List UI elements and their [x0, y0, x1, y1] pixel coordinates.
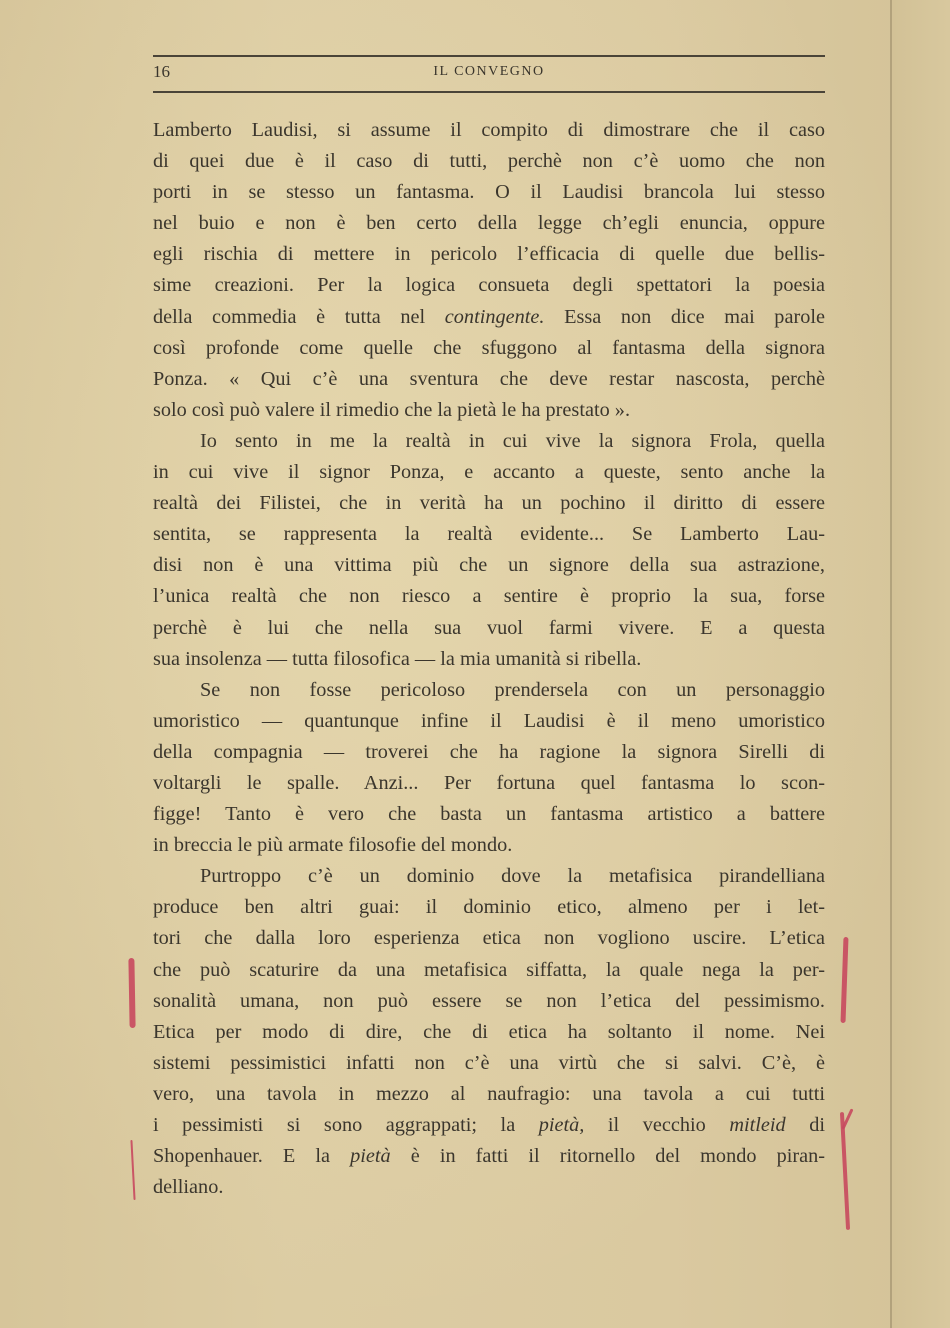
- text-line: della commedia è tutta nel contingente. …: [153, 302, 825, 333]
- text-line: vero, una tavola in mezzo al naufragio: …: [153, 1079, 825, 1110]
- journal-title: IL CONVEGNO: [153, 64, 825, 80]
- header-rule-bottom: [153, 91, 825, 93]
- italic-word: contingente.: [445, 306, 545, 328]
- text-line: Shopenhauer. E la pietà è in fatti il ri…: [153, 1141, 825, 1172]
- text-span: della commedia è tutta nel: [153, 306, 445, 328]
- text-span: Shopenhauer. E la: [153, 1145, 350, 1167]
- text-line: sua insolenza — tutta filosofica — la mi…: [153, 644, 825, 675]
- text-line: solo così può valere il rimedio che la p…: [153, 395, 825, 426]
- text-span: il vecchio: [584, 1114, 729, 1136]
- text-line: figge! Tanto è vero che basta un fantasm…: [153, 799, 825, 830]
- text-line: delliano.: [153, 1172, 825, 1203]
- text-span: è in fatti il ritornello del mondo piran…: [391, 1145, 825, 1167]
- text-line: Etica per modo di dire, che di etica ha …: [153, 1017, 825, 1048]
- text-line: sentita, se rappresenta la realtà eviden…: [153, 519, 825, 550]
- text-line: in breccia le più armate filosofie del m…: [153, 830, 825, 861]
- italic-word: pietà: [350, 1145, 391, 1167]
- text-line: in cui vive il signor Ponza, e accanto a…: [153, 457, 825, 488]
- paragraph-3: Se non fosse pericoloso prendersela con …: [153, 675, 825, 862]
- text-line: sistemi pessimistici infatti non c’è una…: [153, 1048, 825, 1079]
- text-line: umoristico — quantunque infine il Laudis…: [153, 706, 825, 737]
- fold-line: [890, 0, 892, 1328]
- running-head: 16 IL CONVEGNO: [153, 62, 825, 84]
- text-span: Essa non dice mai parole: [544, 306, 825, 328]
- text-line: Lamberto Laudisi, si assume il compito d…: [153, 115, 825, 146]
- header-rule-top: [153, 55, 825, 57]
- paragraph-4: Purtroppo c’è un dominio dove la metafis…: [153, 861, 825, 1203]
- text-line: realtà dei Filistei, che in verità ha un…: [153, 488, 825, 519]
- text-line: voltargli le spalle. Anzi... Per fortuna…: [153, 768, 825, 799]
- text-line: della compagnia — troverei che ha ragion…: [153, 737, 825, 768]
- text-line: Io sento in me la realtà in cui vive la …: [153, 426, 825, 457]
- text-line: nel buio e non è ben certo della legge c…: [153, 208, 825, 239]
- text-span: di: [786, 1114, 825, 1136]
- text-line: Ponza. « Qui c’è una sventura che deve r…: [153, 364, 825, 395]
- text-line: che può scaturire da una metafisica siff…: [153, 955, 825, 986]
- pencil-mark-right-2: [840, 1112, 850, 1230]
- text-line: di quei due è il caso di tutti, perchè n…: [153, 146, 825, 177]
- italic-word: mitleid: [729, 1114, 785, 1136]
- text-line: sime creazioni. Per la logica consueta d…: [153, 270, 825, 301]
- text-line: i pessimisti si sono aggrappati; la piet…: [153, 1110, 825, 1141]
- text-line: produce ben altri guai: il dominio etico…: [153, 892, 825, 923]
- paragraph-2: Io sento in me la realtà in cui vive la …: [153, 426, 825, 675]
- pencil-mark-left-1: [128, 958, 135, 1028]
- text-line: sonalità umana, non può essere se non l’…: [153, 986, 825, 1017]
- text-line: perchè è lui che nella sua vuol farmi vi…: [153, 613, 825, 644]
- text-line: Purtroppo c’è un dominio dove la metafis…: [153, 861, 825, 892]
- pencil-mark-right-1: [841, 937, 849, 1023]
- text-line: l’unica realtà che non riesco a sentire …: [153, 581, 825, 612]
- text-line: così profonde come quelle che sfuggono a…: [153, 333, 825, 364]
- text-line: porti in se stesso un fantasma. O il Lau…: [153, 177, 825, 208]
- scanned-page: 16 IL CONVEGNO Lamberto Laudisi, si assu…: [0, 0, 950, 1328]
- page-edge: [892, 0, 950, 1328]
- text-line: disi non è una vittima più che un signor…: [153, 550, 825, 581]
- text-line: tori che dalla loro esperienza etica non…: [153, 923, 825, 954]
- body-text: Lamberto Laudisi, si assume il compito d…: [153, 115, 825, 1203]
- text-line: egli rischia di mettere in pericolo l’ef…: [153, 239, 825, 270]
- pencil-mark-left-2: [130, 1140, 135, 1200]
- text-line: Se non fosse pericoloso prendersela con …: [153, 675, 825, 706]
- italic-word: pietà,: [539, 1114, 585, 1136]
- paragraph-1: Lamberto Laudisi, si assume il compito d…: [153, 115, 825, 426]
- text-span: i pessimisti si sono aggrappati; la: [153, 1114, 539, 1136]
